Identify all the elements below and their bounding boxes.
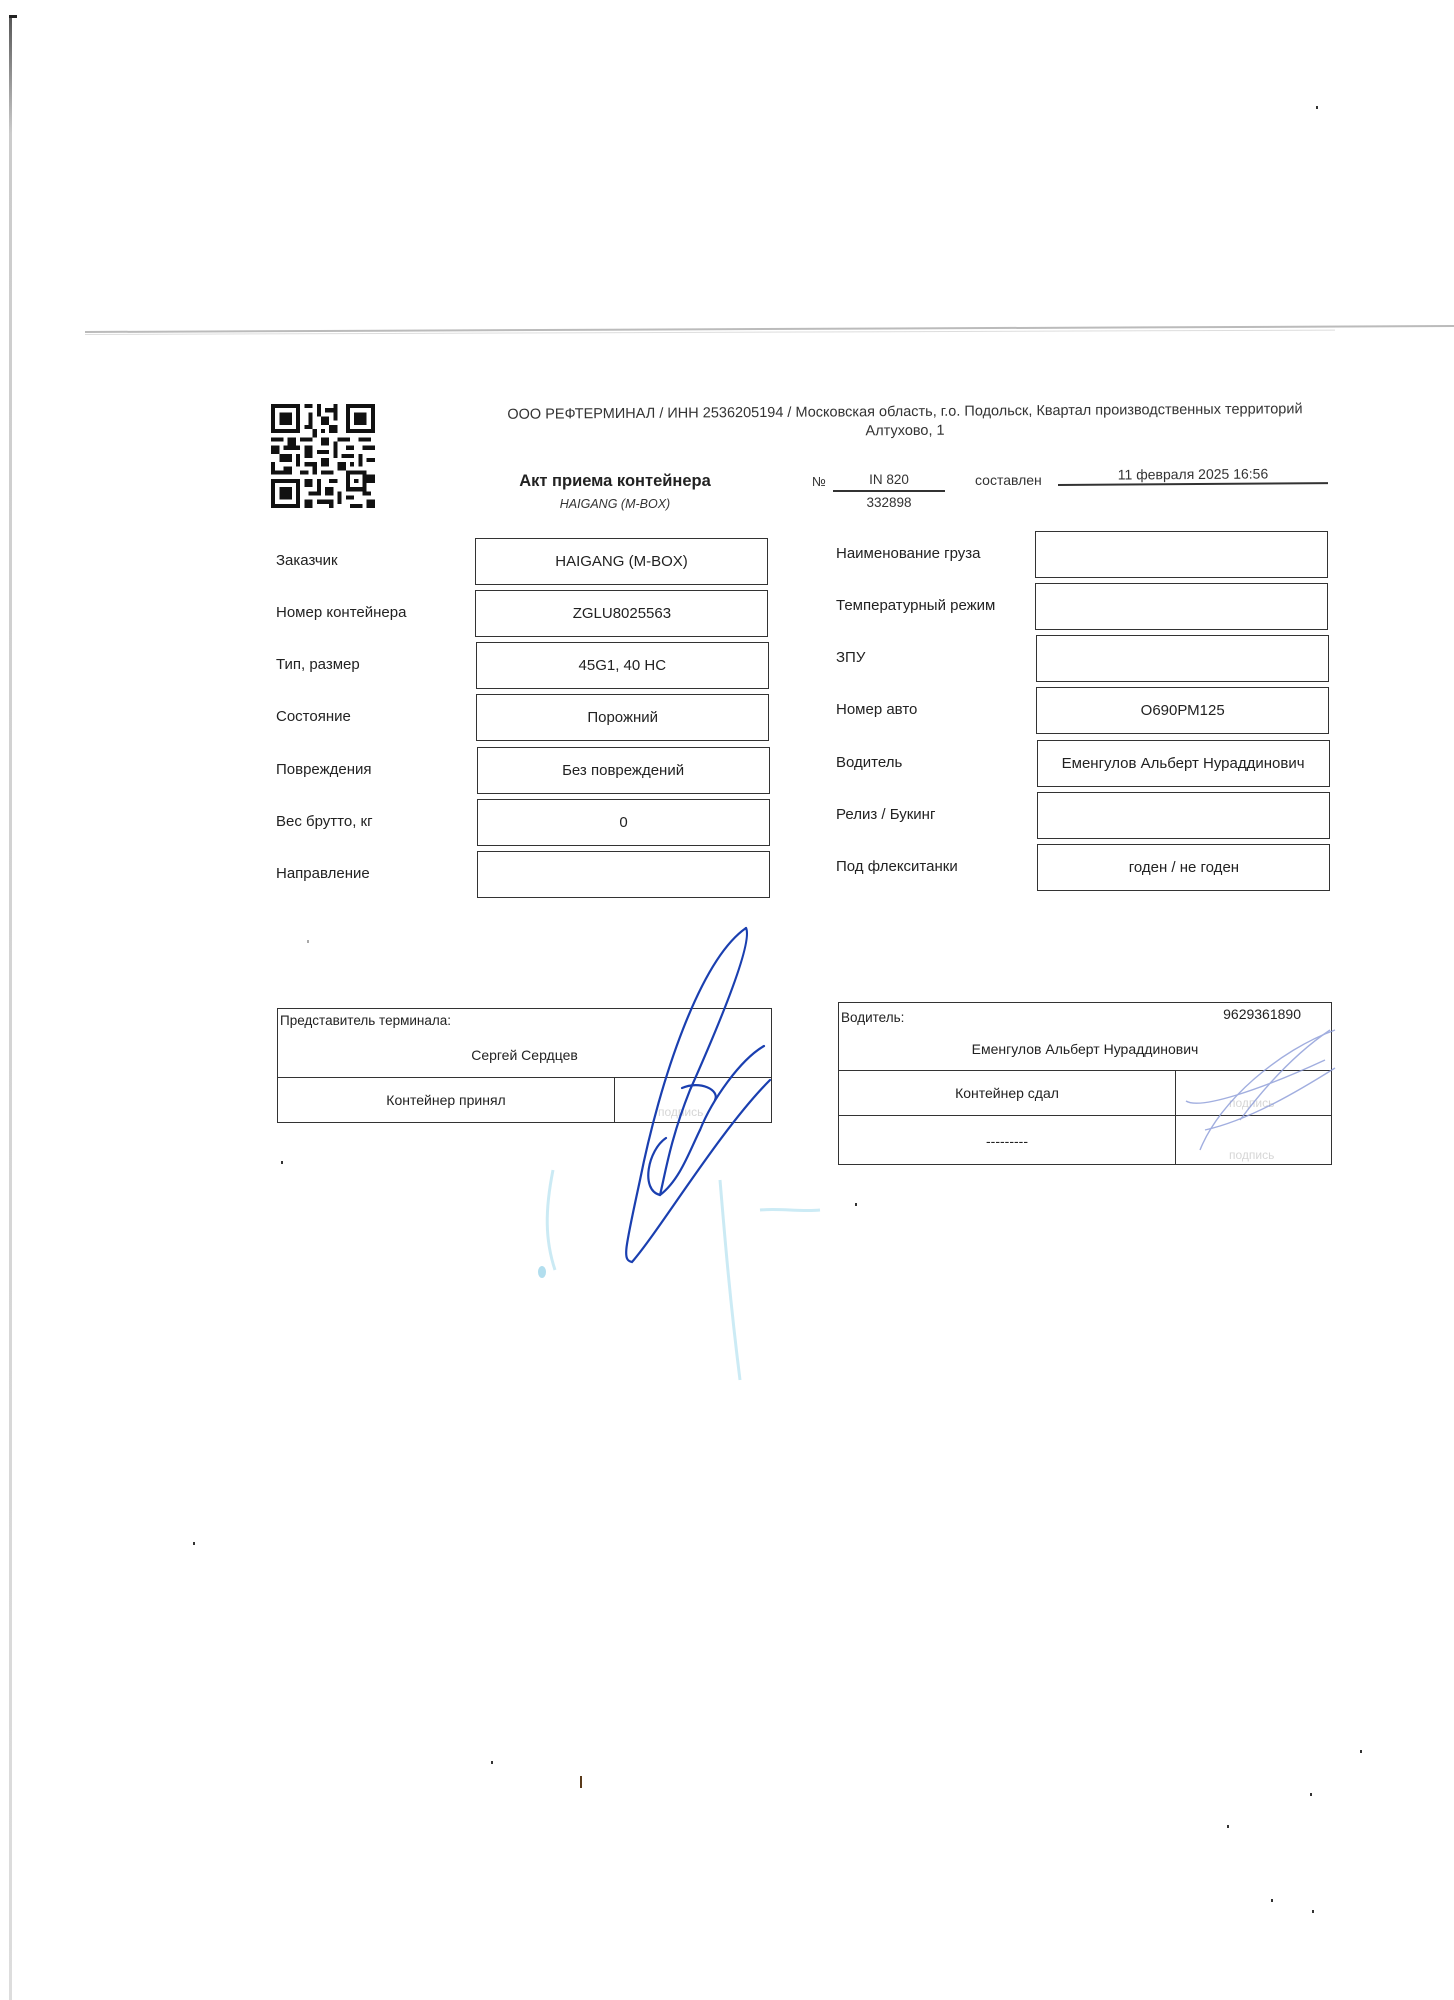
field-value-box (1037, 792, 1330, 839)
field-label: Водитель (836, 754, 902, 771)
scan-speck (1312, 1910, 1314, 1913)
number-sign: № (812, 474, 826, 489)
scan-edge-mark (9, 15, 12, 2000)
scan-speck (1310, 1793, 1312, 1796)
field-value-box (477, 851, 770, 898)
driver-phone: 9629361890 (1223, 1006, 1301, 1022)
field-value-box: 45G1, 40 HC (476, 642, 769, 689)
scan-speck (1271, 1899, 1273, 1902)
field-value-box (1035, 583, 1328, 630)
field-label: Наименование груза (836, 545, 981, 562)
field-value-box: О690РМ125 (1036, 687, 1329, 734)
field-label: Направление (276, 865, 370, 882)
container-handed-label: Контейнер сдал (839, 1085, 1175, 1101)
scan-speck (193, 1542, 195, 1545)
field-label: ЗПУ (836, 649, 865, 666)
signature-hint: подпись (1229, 1096, 1274, 1110)
field-label: Заказчик (276, 552, 338, 569)
scan-speck (1316, 106, 1318, 109)
field-label: Номер авто (836, 701, 917, 718)
scan-corner-mark (9, 15, 17, 18)
document-title: Акт приема контейнера (470, 472, 760, 491)
scan-speck (1360, 1750, 1362, 1753)
terminal-rep-name: Сергей Сердцев (278, 1047, 771, 1063)
stamp-trace-icon (538, 1170, 820, 1380)
handwritten-signatures (0, 0, 1454, 2000)
company-info: ООО РЕФТЕРМИНАЛ / ИНН 2536205194 / Моско… (475, 400, 1335, 444)
document-subtitle: HAIGANG (M-BOX) (470, 497, 760, 511)
row-divider (839, 1115, 1331, 1116)
row-divider (839, 1070, 1331, 1071)
composed-datetime: 11 февраля 2025 16:56 (1058, 465, 1328, 483)
document-subnumber: 332898 (833, 495, 945, 510)
scan-speck (491, 1761, 493, 1764)
field-value-box (1036, 635, 1329, 682)
column-divider (614, 1077, 615, 1122)
field-label: Под флекситанки (836, 858, 958, 875)
row-divider (278, 1077, 771, 1078)
field-label: Температурный режим (836, 597, 995, 614)
field-label: Состояние (276, 708, 351, 725)
field-value-box: Порожний (476, 694, 769, 741)
terminal-rep-label: Представитель терминала: (280, 1013, 451, 1028)
field-label: Вес брутто, кг (276, 813, 373, 830)
field-value-box: ZGLU8025563 (475, 590, 768, 637)
number-underline (833, 490, 945, 492)
field-value-box (1035, 531, 1328, 578)
scan-speck (307, 940, 309, 943)
field-value-box: Без повреждений (477, 747, 770, 794)
column-divider (1175, 1070, 1176, 1164)
scan-speck (580, 1776, 582, 1788)
driver-name: Еменгулов Альберт Нураддинович (839, 1041, 1331, 1057)
driver-label: Водитель: (841, 1010, 904, 1025)
signature-hint: подпись (1229, 1148, 1274, 1162)
field-label: Номер контейнера (276, 604, 406, 621)
composed-label: составлен (975, 472, 1042, 488)
field-value-box: годен / не годен (1037, 844, 1330, 891)
field-label: Повреждения (276, 761, 372, 778)
scan-speck (281, 1161, 283, 1164)
field-value-box: HAIGANG (M-BOX) (475, 538, 768, 585)
document-number: IN 820 (833, 472, 945, 487)
qr-code-icon (271, 404, 375, 508)
driver-signature-block: Водитель: 9629361890 Еменгулов Альберт Н… (838, 1002, 1332, 1165)
field-value-box: 0 (477, 799, 770, 846)
scan-speck (855, 1203, 857, 1206)
composed-underline (1058, 482, 1328, 486)
terminal-signature-block: Представитель терминала: Сергей Сердцев … (277, 1008, 772, 1123)
empty-placeholder: --------- (839, 1133, 1175, 1149)
field-value-box: Еменгулов Альберт Нураддинович (1037, 740, 1330, 787)
field-label: Релиз / Букинг (836, 806, 935, 823)
container-accepted-label: Контейнер принял (278, 1092, 614, 1108)
field-label: Тип, размер (276, 656, 360, 673)
signature-hint: подпись (658, 1105, 703, 1119)
scan-speck (1227, 1825, 1229, 1828)
